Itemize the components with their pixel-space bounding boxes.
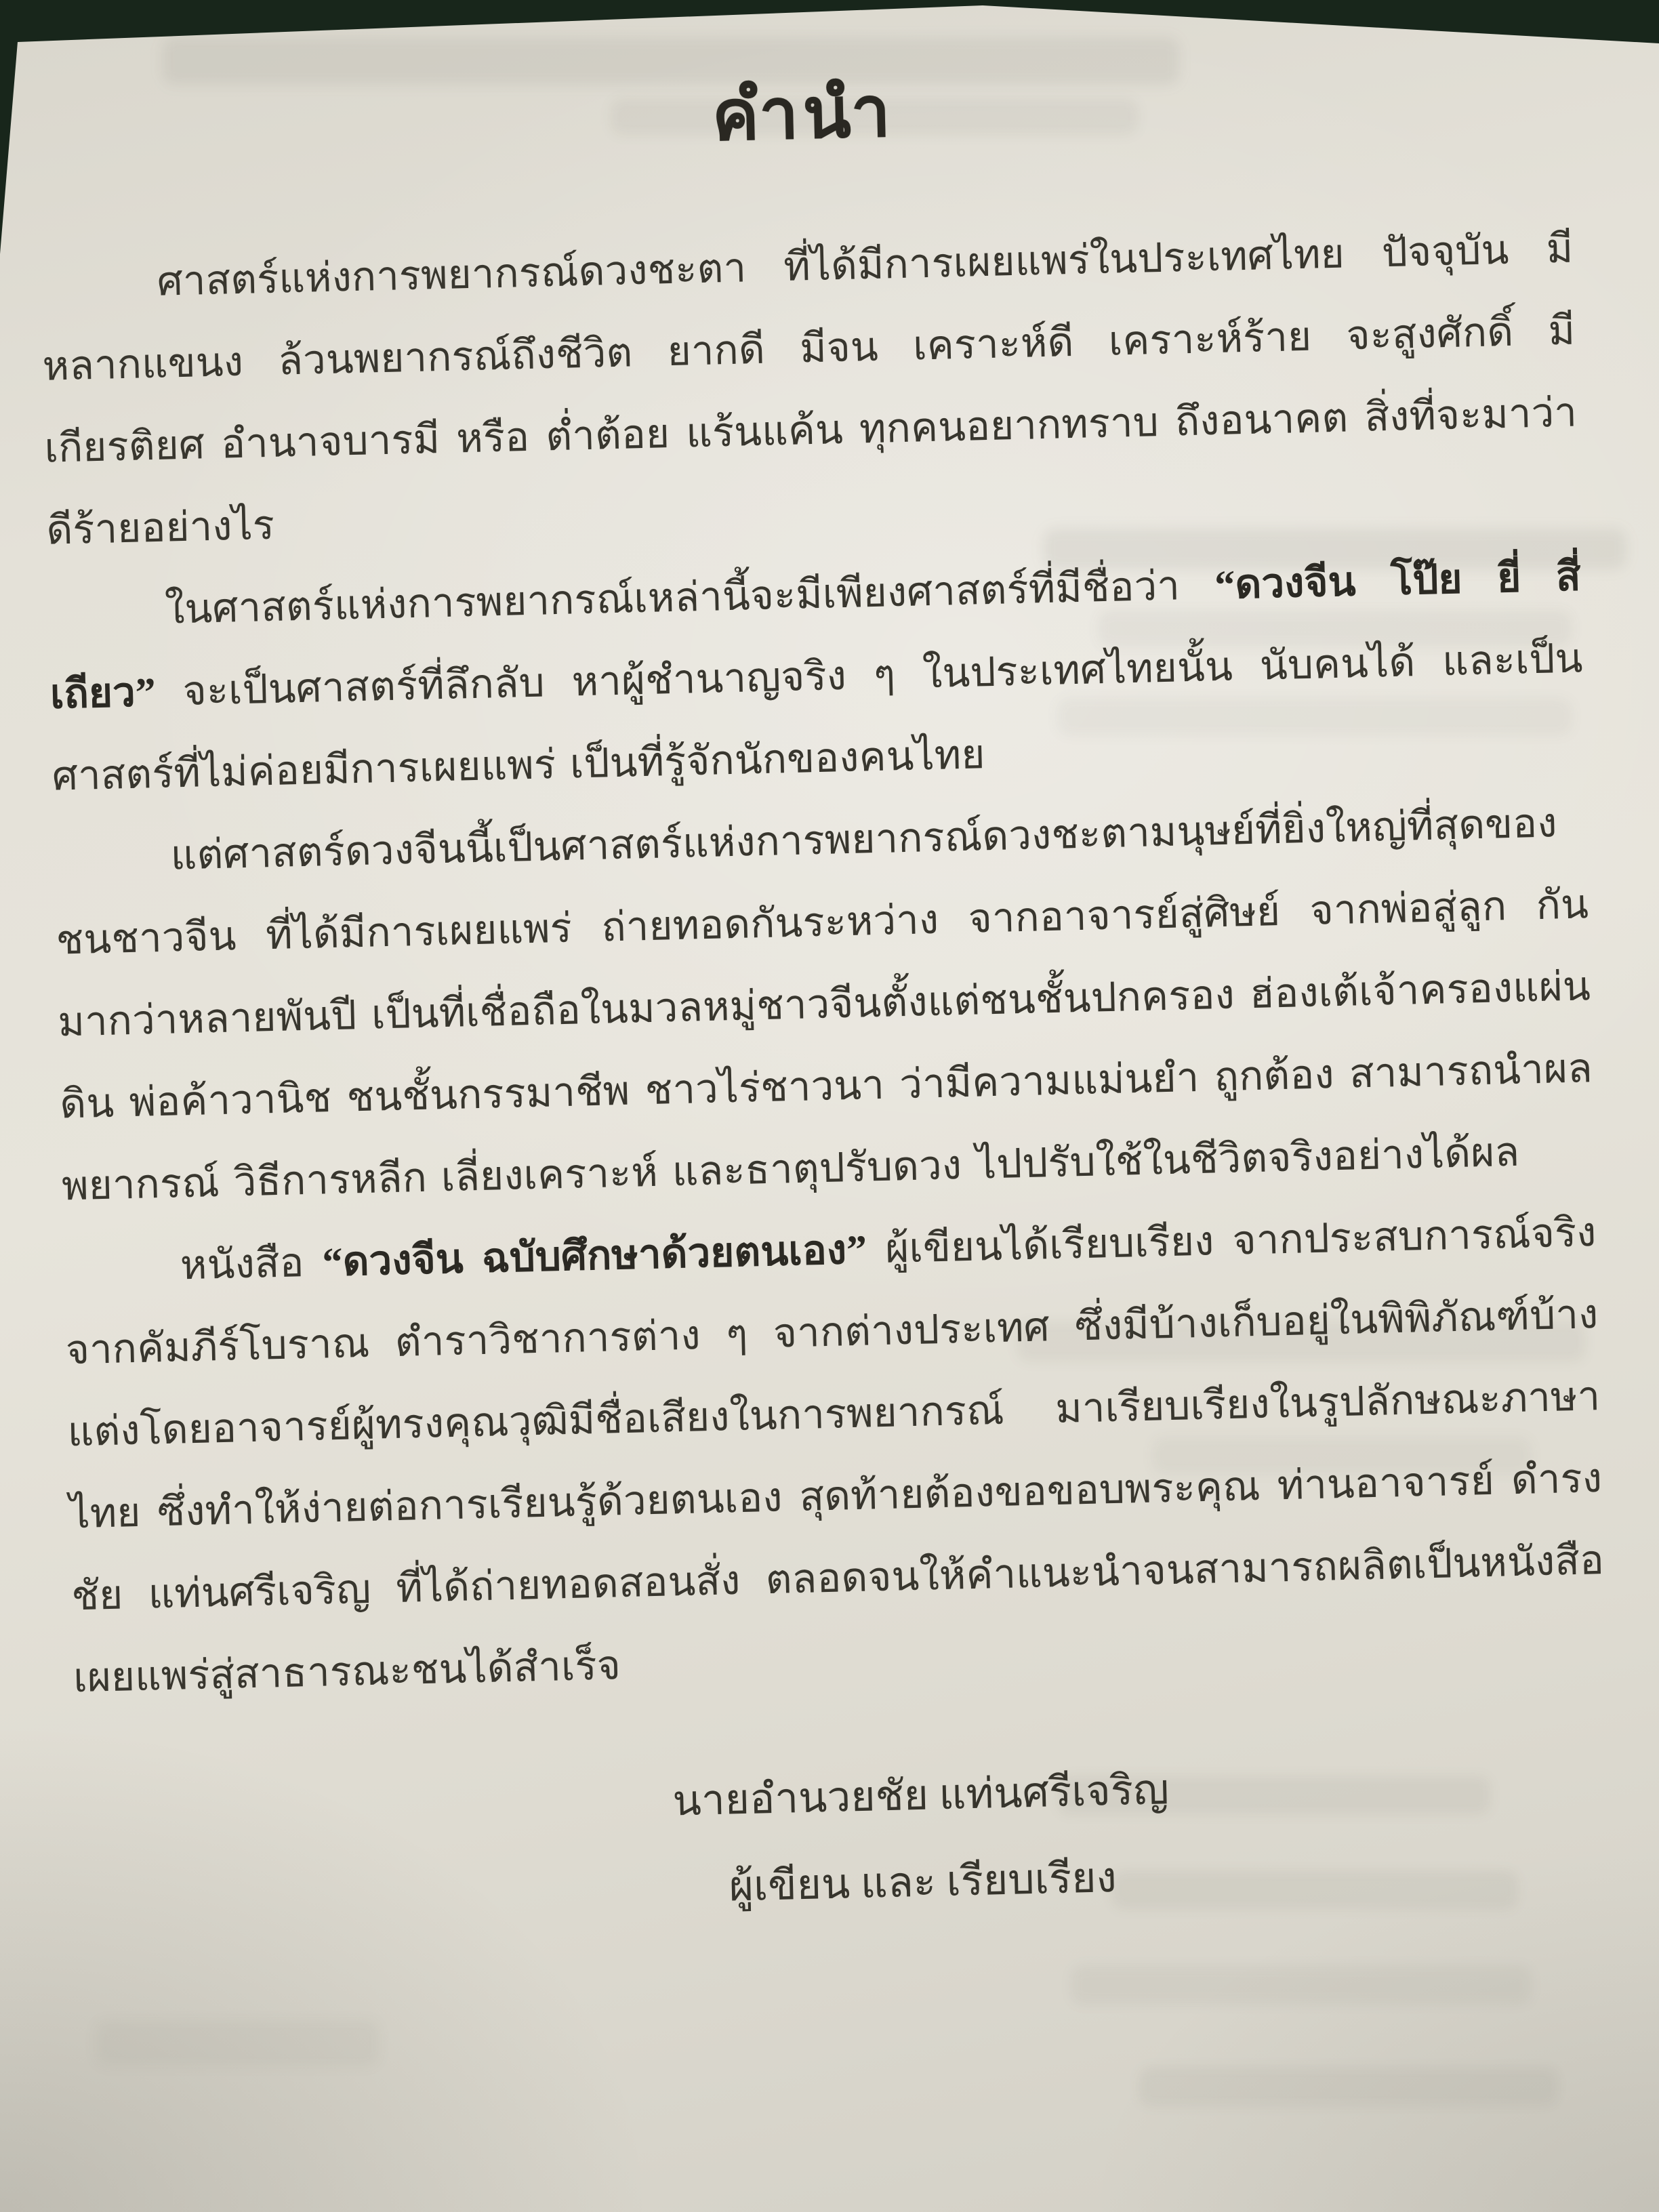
signature-block: นายอำนวยชัย แท่นศรีเจริญ ผู้เขียน และ เร… xyxy=(154,1734,1659,1944)
paragraph: ศาสตร์แห่งการพยากรณ์ดวงชะตา ที่ได้มีการเ… xyxy=(39,208,1580,572)
emphasized-book-name: “ดวงจีน ฉบับศึกษาด้วยตนเอง” xyxy=(322,1227,867,1285)
bleed-through-smudge xyxy=(95,2020,380,2067)
bleed-through-smudge xyxy=(1139,2067,1559,2106)
bleed-through-smudge xyxy=(1071,1965,1532,2005)
paragraphs: ศาสตร์แห่งการพยากรณ์ดวงชะตา ที่ได้มีการเ… xyxy=(39,208,1607,1720)
page-content: คำนำ ศาสตร์แห่งการพยากรณ์ดวงชะตา ที่ได้ม… xyxy=(35,28,1612,1946)
paragraph-text: จะเป็นศาสตร์ที่ลึกลับ หาผู้ชำนาญจริง ๆ ใ… xyxy=(52,636,1583,798)
paragraph: ในศาสตร์แห่งการพยากรณ์เหล่านี้จะมีเพียงศ… xyxy=(47,535,1586,817)
paragraph: แต่ศาสตร์ดวงจีนนี้เป็นศาสตร์แห่งการพยากร… xyxy=(53,781,1595,1227)
paragraph-text: หนังสือ xyxy=(180,1240,323,1288)
page-title: คำนำ xyxy=(36,39,1571,187)
paragraph-text: ในศาสตร์แห่งการพยากรณ์เหล่านี้จะมีเพียงศ… xyxy=(164,562,1215,632)
photo-of-book-page: { "document": { "title": "คำนำ", "paragr… xyxy=(0,0,1659,2212)
paragraph-text: แต่ศาสตร์ดวงจีนนี้เป็นศาสตร์แห่งการพยากร… xyxy=(56,800,1593,1208)
paragraph-text: ศาสตร์แห่งการพยากรณ์ดวงชะตา ที่ได้มีการเ… xyxy=(42,226,1578,553)
book-page: คำนำ ศาสตร์แห่งการพยากรณ์ดวงชะตา ที่ได้ม… xyxy=(0,0,1659,2212)
paragraph: หนังสือ “ดวงจีน ฉบับศึกษาด้วยตนเอง” ผู้เ… xyxy=(63,1191,1607,1719)
